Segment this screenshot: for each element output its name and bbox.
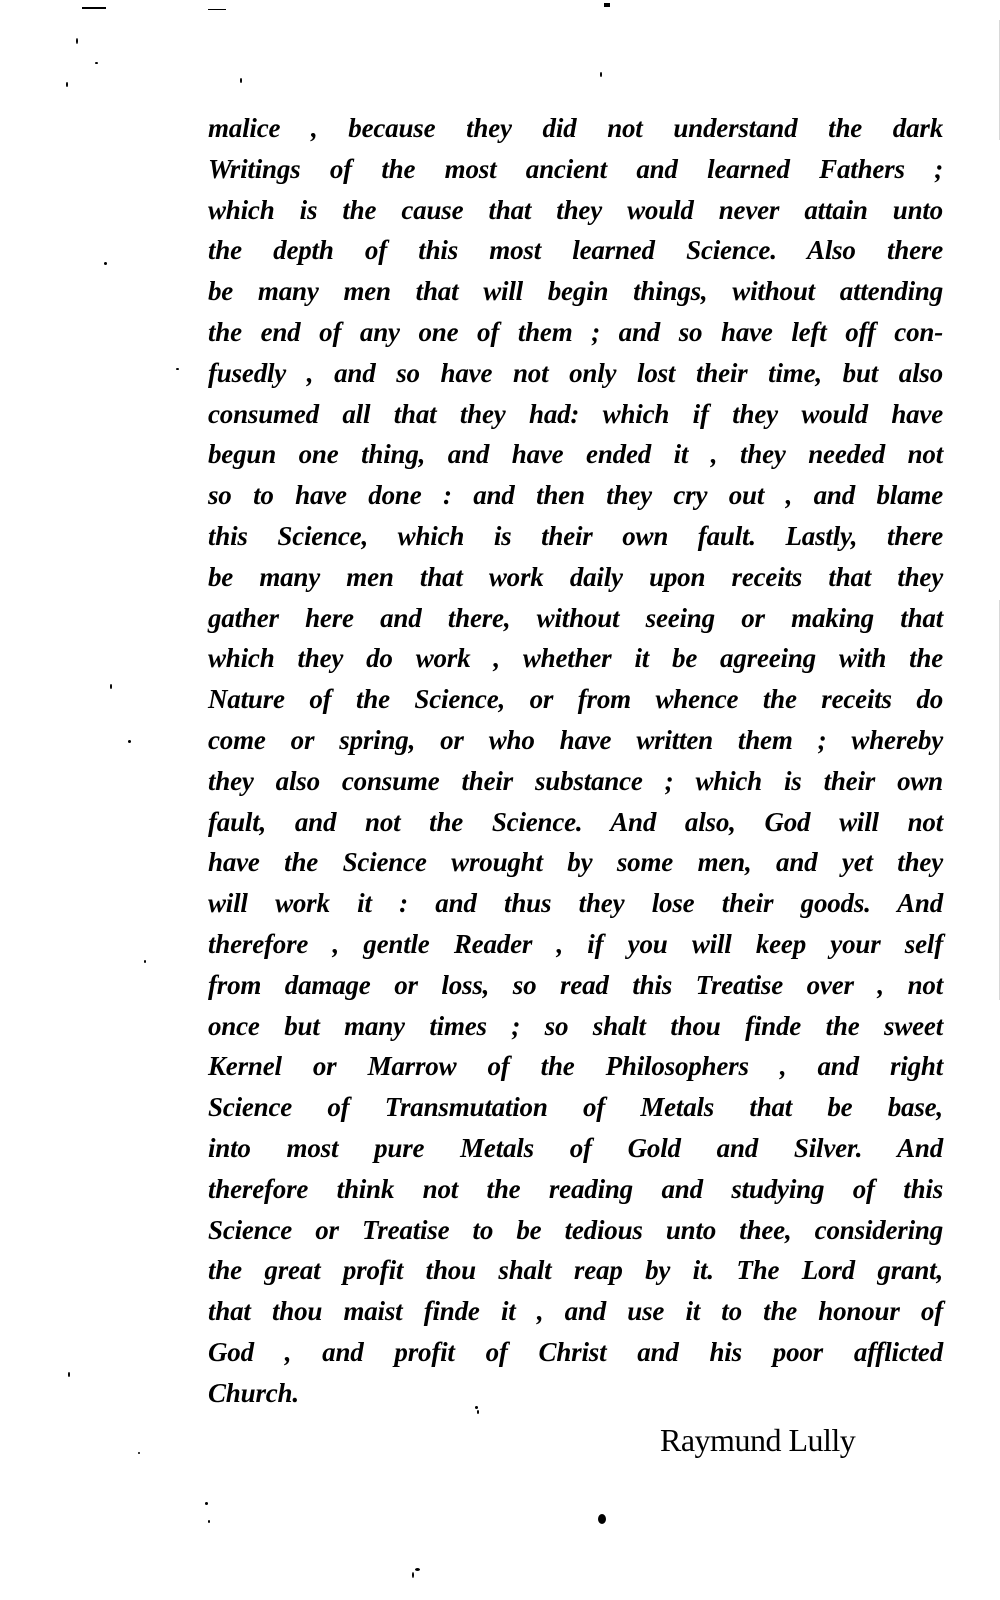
top-rule-mark [604,3,610,7]
text-line: fault, and not the Science. And also, Go… [208,802,943,843]
ink-speck [600,72,602,77]
ink-speck [598,1514,606,1524]
document-page: malice , because they did not understand… [0,0,1000,1600]
text-line: gather here and there, without seeing or… [208,598,943,639]
text-line: that thou maist finde it , and use it to… [208,1291,943,1332]
ink-speck [104,262,107,265]
author-signature: Raymund Lully [660,1422,855,1459]
text-line: God , and profit of Christ and his poor … [208,1332,943,1373]
text-line: they also consume their substance ; whic… [208,761,943,802]
ink-speck [76,38,78,44]
ink-speck [144,960,146,963]
text-line: the great profit thou shalt reap by it. … [208,1250,943,1291]
ink-speck [205,1502,208,1505]
text-line: the depth of this most learned Science. … [208,230,943,271]
text-line: so to have done : and then they cry out … [208,475,943,516]
text-line: into most pure Metals of Gold and Silver… [208,1128,943,1169]
text-line: will work it : and thus they lose their … [208,883,943,924]
text-line: therefore think not the reading and stud… [208,1169,943,1210]
top-rule-mark [208,9,226,10]
text-line: consumed all that they had: which if the… [208,394,943,435]
text-line-final: Church. [208,1373,943,1414]
text-line: begun one thing, and have ended it , the… [208,434,943,475]
ink-speck [412,1572,414,1578]
ink-speck [208,1520,210,1523]
ink-speck [240,78,242,83]
text-line: from damage or loss, so read this Treati… [208,965,943,1006]
text-line: Science or Treatise to be tedious unto t… [208,1210,943,1251]
ink-speck [176,368,179,370]
top-rule-mark [82,7,106,9]
ink-speck [415,1568,420,1571]
ink-speck [66,82,68,87]
text-line: once but many times ; so shalt thou find… [208,1006,943,1047]
ink-speck [138,1452,140,1454]
text-line: Writings of the most ancient and learned… [208,149,943,190]
text-line: Science of Transmutation of Metals that … [208,1087,943,1128]
text-line: be many men that will begin things, with… [208,271,943,312]
text-line: be many men that work daily upon receits… [208,557,943,598]
text-line: therefore , gentle Reader , if you will … [208,924,943,965]
text-line: this Science, which is their own fault. … [208,516,943,557]
ink-speck [128,740,131,743]
text-line: which they do work , whether it be agree… [208,638,943,679]
text-line: which is the cause that they would never… [208,190,943,231]
text-line: fusedly , and so have not only lost thei… [208,353,943,394]
ink-speck [95,62,98,64]
text-line: have the Science wrought by some men, an… [208,842,943,883]
ink-speck [68,1372,70,1377]
body-text: malice , because they did not understand… [208,108,943,1414]
text-line: come or spring, or who have written them… [208,720,943,761]
ink-speck [110,684,112,689]
text-line: Kernel or Marrow of the Philosophers , a… [208,1046,943,1087]
text-line: Nature of the Science, or from whence th… [208,679,943,720]
text-line: malice , because they did not understand… [208,108,943,149]
text-line: the end of any one of them ; and so have… [208,312,943,353]
